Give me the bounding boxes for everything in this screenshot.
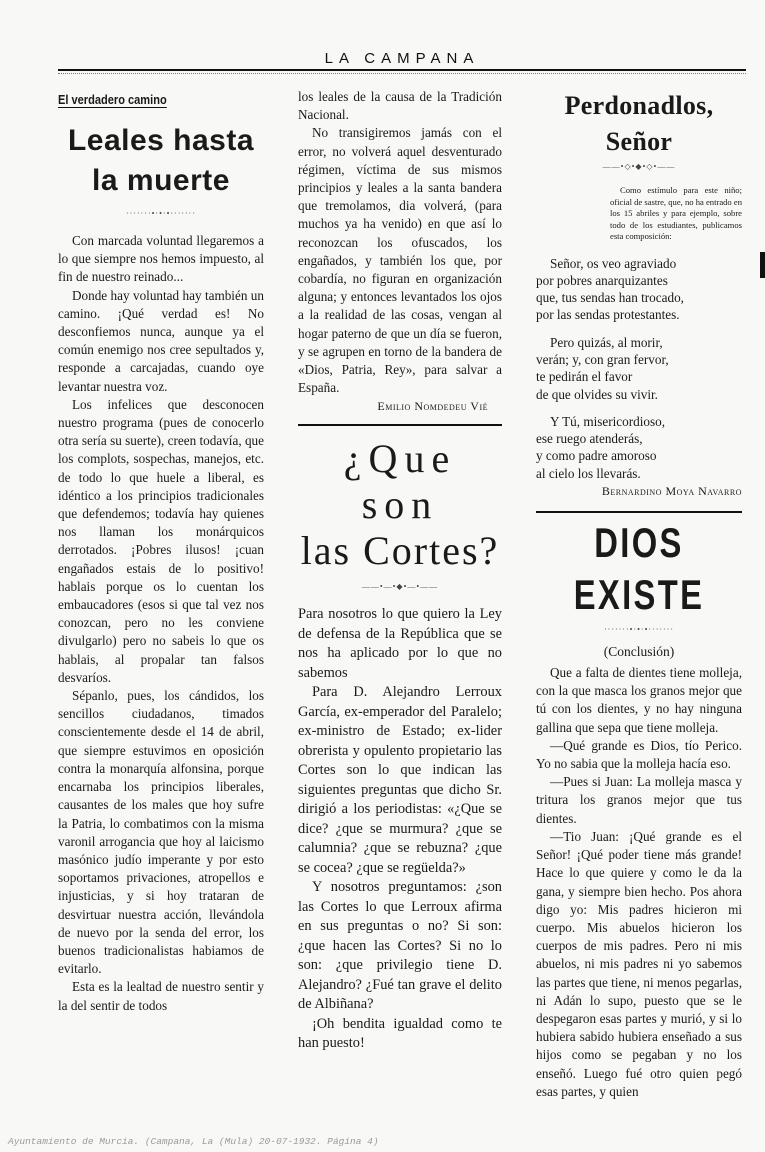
article-separator [298, 424, 502, 426]
paragraph: Para nosotros lo que quiero la Ley de de… [298, 605, 502, 683]
poem-stanza: Y Tú, misericordioso, ese ruego atenderá… [536, 413, 742, 482]
article-headline: ¿Que son las Cortes? [298, 436, 502, 574]
masthead: LA CAMPANA [58, 50, 746, 74]
article-headline: Perdonadlos, Señor [536, 88, 742, 160]
poem-line: por las sendas protestantes. [536, 306, 742, 323]
poem-line: por pobres anarquizantes [536, 272, 742, 289]
paragraph: Esta es la lealtad de nuestro sentir y l… [58, 978, 264, 1014]
paragraph: Sépanlo, pues, los cándidos, los sencill… [58, 687, 264, 978]
poem-line: Señor, os veo agraviado [536, 255, 742, 272]
headline-line-1: Leales hasta [58, 121, 264, 161]
poem-line: que, tus sendas han trocado, [536, 289, 742, 306]
article-kicker: El verdadero camino [58, 92, 167, 108]
masthead-rule [58, 69, 746, 71]
newspaper-title: LA CAMPANA [58, 50, 746, 68]
poem-line: te pedirán el favor [536, 368, 742, 385]
poem-line: al cielo los llevarás. [536, 465, 742, 482]
article-subtitle: (Conclusión) [536, 644, 742, 660]
paragraph-continuation: los leales de la causa de la Tradición N… [298, 88, 502, 124]
paragraph: —Tio Juan: ¡Qué grande es el Señor! ¡Qué… [536, 828, 742, 1101]
paragraph: No transigiremos jamás con el error, no … [298, 124, 502, 397]
author-signature: Emilio Nomdedeu Vié [298, 399, 502, 414]
paragraph: Para D. Alejandro Lerroux García, ex-emp… [298, 683, 502, 878]
author-signature: Bernardino Moya Navarro [536, 484, 742, 499]
poem-line: de que olvides su vivir. [536, 386, 742, 403]
poem-line: y como padre amoroso [536, 447, 742, 464]
ornament-divider: ·······•·•·•······· [536, 625, 742, 634]
poem-stanza: Señor, os veo agraviado por pobres anarq… [536, 255, 742, 324]
intro-note: Como estímulo para este niño; oficial de… [610, 185, 742, 243]
headline-line-1: ¿Que son [298, 436, 502, 528]
article-separator [536, 511, 742, 513]
column-2: los leales de la causa de la Tradición N… [298, 88, 502, 1054]
paragraph: Que a falta de dientes tiene molleja, co… [536, 664, 742, 737]
headline-line-2: las Cortes? [298, 528, 502, 574]
ornament-divider: ——•◇•◆•◇•—— [536, 162, 742, 171]
column-1: El verdadero camino Leales hasta la muer… [58, 88, 264, 1015]
ornament-divider: ——•—•◆•—•—— [298, 582, 502, 591]
archive-footer: Ayuntamiento de Murcia. (Campana, La (Mu… [8, 1136, 379, 1147]
masthead-rule-dotted [58, 73, 746, 74]
paragraph: ¡Oh bendita igualdad como te han puesto! [298, 1015, 502, 1054]
poem-line: verán; y, con gran fervor, [536, 351, 742, 368]
poem-stanza: Pero quizás, al morir, verán; y, con gra… [536, 334, 742, 403]
paragraph: Y nosotros preguntamos: ¿son las Cortes … [298, 878, 502, 1015]
paragraph: —Pues si Juan: La molleja masca y tritur… [536, 773, 742, 828]
column-3: Perdonadlos, Señor ——•◇•◆•◇•—— Como estí… [536, 88, 742, 1101]
article-headline: DIOS EXISTE [559, 517, 720, 621]
headline-line-2: la muerte [58, 161, 264, 201]
poem-line: Y Tú, misericordioso, [536, 413, 742, 430]
paragraph: Con marcada voluntad llegaremos a lo que… [58, 232, 264, 287]
ornament-divider: ·······•·•·•······· [58, 209, 264, 218]
poem-line: Pero quizás, al morir, [536, 334, 742, 351]
paragraph: —Qué grande es Dios, tío Perico. Yo no s… [536, 737, 742, 773]
paragraph: Los infelices que desconocen nuestro pro… [58, 396, 264, 687]
scan-edge-mark [760, 252, 765, 278]
poem-line: ese ruego atenderás, [536, 430, 742, 447]
paragraph: Donde hay voluntad hay también un camino… [58, 287, 264, 396]
article-headline: Leales hasta la muerte [58, 121, 264, 201]
